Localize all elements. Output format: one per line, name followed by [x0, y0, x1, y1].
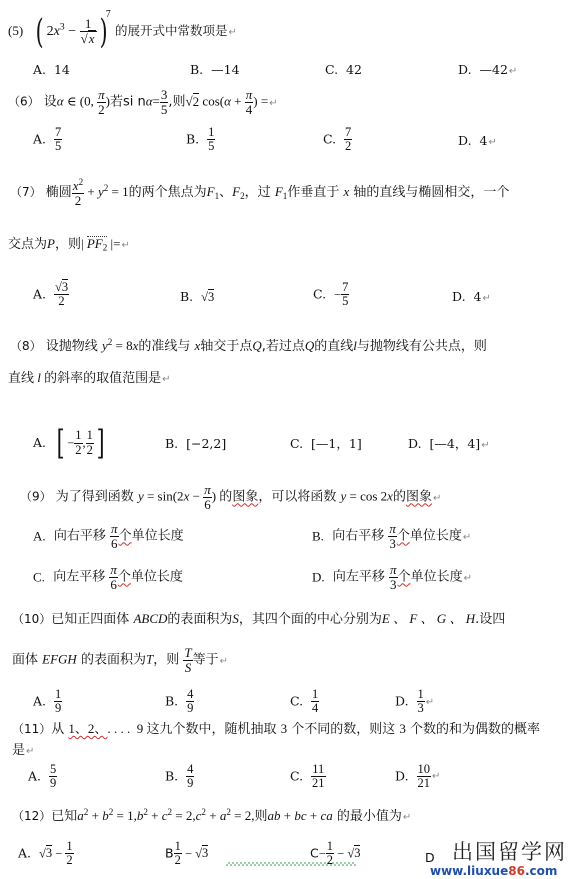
option-b[interactable]: B12 − √3: [165, 840, 208, 867]
question-9-option-c[interactable]: C. 向左平移 π6个单位长度: [33, 563, 183, 591]
option-a[interactable]: A. 75: [33, 126, 62, 153]
option-c[interactable]: C. 1121: [290, 763, 326, 790]
option-b[interactable]: B. [−2,2]: [165, 438, 226, 451]
question-8-stem-line2: 直线 l 的斜率的取值范围是↵: [8, 371, 171, 385]
option-d[interactable]: D. 4↵: [458, 135, 497, 148]
question-number: (5): [8, 23, 23, 38]
option-d[interactable]: D. [—4，4]↵: [408, 438, 490, 451]
question-10-stem-line2: 面体 EFGH 的表面积为T，则 TS等于↵: [12, 646, 228, 674]
option-c[interactable]: C. 42: [325, 64, 362, 77]
watermark-url: www.liuxue86.com: [430, 865, 567, 877]
option-d[interactable]: D. 1021↵: [395, 763, 440, 790]
question-9-option-b[interactable]: B. 向右平移 π3个单位长度↵: [312, 522, 471, 550]
watermark-logo: 出国留学网 www.liuxue86.com: [452, 842, 567, 877]
question-12-stem: （12）已知a2 + b2 = 1,b2 + c2 = 2,c2 + a2 = …: [12, 808, 411, 823]
option-a[interactable]: A. 59: [28, 763, 57, 790]
option-a[interactable]: A. √3 − 12: [18, 840, 74, 867]
question-6-stem: （6） 设α ∈ (0, π2)若si nα=35,则√2 cos(α + π4…: [8, 88, 278, 116]
question-8-stem-line1: （8） 设抛物线 y2 = 8x的准线与 x轴交于点Q,若过点Q的直线l与抛物线…: [10, 338, 487, 353]
question-10-stem-line1: （10）已知正四面体 ABCD的表面积为S，其四个面的中心分别为E 、 F 、 …: [12, 612, 505, 626]
option-c[interactable]: C. −75: [313, 281, 349, 308]
option-b[interactable]: B. 15: [186, 126, 215, 153]
question-11-stem-line1: （11）从 1、2、. . . . 9 这九个数中，随机抽取 3 个不同的数，则…: [12, 722, 540, 736]
option-d[interactable]: D. —42↵: [458, 64, 517, 77]
paragraph-mark: ↵: [228, 27, 236, 38]
watermark-site-name: 出国留学网: [452, 842, 567, 863]
option-b[interactable]: B. —14: [190, 64, 240, 77]
option-b[interactable]: B. 49: [165, 763, 194, 790]
option-c[interactable]: C. [—1，1]: [290, 438, 362, 451]
option-a[interactable]: A. 14: [33, 64, 70, 77]
option-c[interactable]: C. 14: [290, 688, 319, 715]
option-c[interactable]: C. 72: [323, 126, 352, 153]
question-7-stem-line2: 交点为P，则| PF2 |=↵: [8, 236, 130, 253]
left-paren: (: [36, 15, 44, 49]
option-d[interactable]: D. 13↵: [395, 688, 434, 715]
option-a[interactable]: A. [−12,12]: [33, 426, 107, 460]
option-a[interactable]: A. 19: [33, 688, 62, 715]
option-a[interactable]: A. √32: [33, 281, 69, 308]
option-b[interactable]: B. √3: [180, 291, 214, 304]
question-9-option-d[interactable]: D. 向左平移 π3个单位长度↵: [312, 563, 472, 591]
option-c[interactable]: C−12 − √3: [310, 840, 360, 867]
option-d[interactable]: D. 4↵: [452, 291, 491, 304]
option-b[interactable]: B. 49: [165, 688, 194, 715]
vector-pf2: PF2: [87, 236, 107, 253]
question-11-stem-line2: 是↵: [12, 744, 34, 757]
question-9-stem: （9） 为了得到函数 y = sin(2x − π6) 的图象，可以将函数 y …: [20, 483, 441, 511]
option-d[interactable]: D: [425, 852, 435, 865]
fraction: 1√x: [80, 17, 97, 45]
question-5-stem: (5) (2x3 − 1√x)7 的展开式中常数项是↵: [8, 10, 237, 49]
question-9-option-a[interactable]: A. 向右平移 π6个单位长度: [33, 522, 184, 550]
question-7-stem-line1: （7） 椭圆x22 + y2 = 1的两个焦点为F1、F2，过 F1作垂直于 x…: [10, 178, 509, 207]
